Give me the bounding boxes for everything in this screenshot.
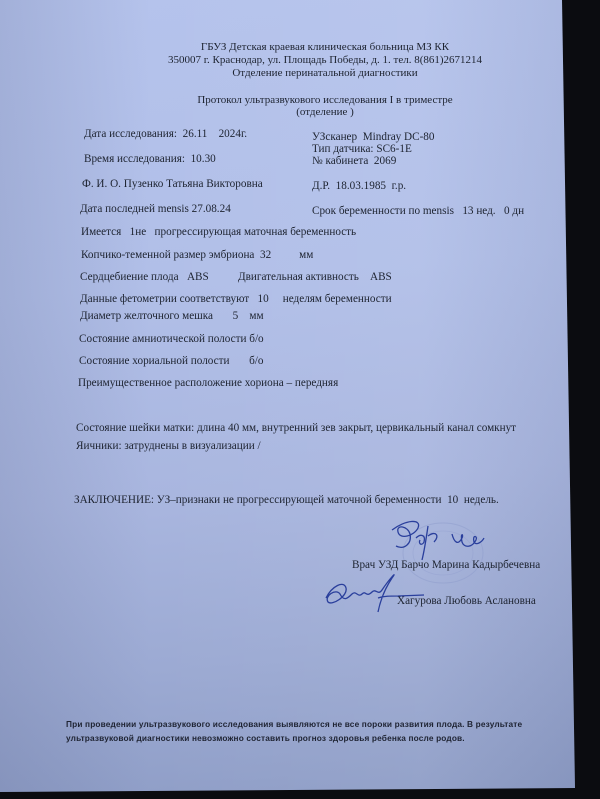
scanner-value: Mindray DC-80 bbox=[363, 131, 435, 143]
paper-shading bbox=[0, 0, 600, 799]
doctor-signature-icon bbox=[380, 512, 500, 562]
gestational-age: Срок беременности по mensis 13 нед. 0 дн bbox=[312, 206, 524, 217]
fetometry: Данные фетометрии соответствуют 10 недел… bbox=[80, 294, 392, 305]
dob-label: Д.Р. bbox=[312, 180, 330, 192]
patient-name: Ф. И. О. Пузенко Татьяна Викторовна bbox=[82, 179, 263, 190]
motor-value: ABS bbox=[370, 271, 392, 283]
ovaries: Яичники: затруднены в визуализации / bbox=[76, 441, 261, 452]
nurse-name: Хагурова Любовь Аслановна bbox=[397, 596, 536, 607]
probe-value: SC6-1E bbox=[376, 143, 411, 155]
room-label: № кабинета bbox=[312, 155, 368, 167]
date-of-birth: Д.Р. 18.03.1985 г.р. bbox=[312, 181, 406, 192]
motor-label: Двигательная активность bbox=[238, 271, 359, 283]
patient-label: Ф. И. О. bbox=[82, 178, 121, 190]
chorionic-label: Состояние хориальной полости bbox=[79, 355, 230, 367]
dob-value: 18.03.1985 г.р. bbox=[336, 180, 406, 192]
yolk-sac-diameter: Диаметр желточного мешка 5 мм bbox=[80, 311, 264, 322]
ga-value: 13 нед. 0 дн bbox=[462, 205, 524, 217]
heartbeat-value: ABS bbox=[187, 271, 209, 283]
chorionic-value: б/о bbox=[249, 355, 263, 367]
chorionic-cavity: Состояние хориальной полости б/о bbox=[79, 356, 263, 367]
chorion-location: Преимущественное расположение хориона – … bbox=[78, 378, 338, 389]
exam-time-label: Время исследования: bbox=[84, 153, 185, 165]
probe-label: Тип датчика: bbox=[312, 143, 374, 155]
crl-measurement: Копчико-теменной размер эмбриона 32 мм bbox=[81, 250, 313, 261]
scanner: УЗсканер Mindray DC-80 bbox=[312, 132, 435, 143]
protocol-subtitle: (отделение ) bbox=[150, 107, 500, 118]
lmp-value: 27.08.24 bbox=[192, 203, 231, 215]
exam-date-value: 26.11 2024г. bbox=[183, 128, 247, 140]
lmp-label: Дата последней mensis bbox=[80, 203, 189, 215]
heartbeat: Сердцебиение плода ABS bbox=[80, 272, 209, 283]
patient-value: Пузенко Татьяна Викторовна bbox=[124, 178, 263, 190]
room-value: 2069 bbox=[374, 155, 396, 167]
scanner-label: УЗсканер bbox=[312, 131, 357, 143]
exam-time-value: 10.30 bbox=[191, 153, 216, 165]
ga-label: Срок беременности по mensis bbox=[312, 205, 454, 217]
motor-activity: Двигательная активность ABS bbox=[238, 272, 392, 283]
probe-type: Тип датчика: SC6-1E bbox=[312, 144, 412, 155]
institution-address: 350007 г. Краснодар, ул. Площадь Победы,… bbox=[140, 55, 510, 66]
room-number: № кабинета 2069 bbox=[312, 156, 396, 167]
exam-date: Дата исследования: 26.11 2024г. bbox=[84, 129, 247, 140]
amniotic-cavity: Состояние амниотической полости б/о bbox=[79, 334, 264, 345]
lmp-date: Дата последней mensis 27.08.24 bbox=[80, 204, 231, 215]
exam-date-label: Дата исследования: bbox=[84, 128, 177, 140]
protocol-title: Протокол ультразвукового исследования I … bbox=[150, 95, 500, 106]
department-name: Отделение перинатальной диагностики bbox=[150, 68, 500, 79]
conclusion: ЗАКЛЮЧЕНИЕ: УЗ–признаки не прогрессирующ… bbox=[74, 495, 499, 506]
disclaimer-line-2: ультразвуковой диагностики невозможно со… bbox=[66, 734, 465, 742]
cervix-state: Состояние шейки матки: длина 40 мм, внут… bbox=[76, 423, 516, 434]
institution-name: ГБУЗ Детская краевая клиническая больниц… bbox=[150, 42, 500, 53]
heartbeat-label: Сердцебиение плода bbox=[80, 271, 179, 283]
pregnancy-status: Имеется 1не прогрессирующая маточная бер… bbox=[81, 227, 356, 238]
exam-time: Время исследования: 10.30 bbox=[84, 154, 216, 165]
disclaimer-line-1: При проведении ультразвукового исследова… bbox=[66, 720, 522, 728]
nurse-signature-icon bbox=[318, 568, 428, 618]
